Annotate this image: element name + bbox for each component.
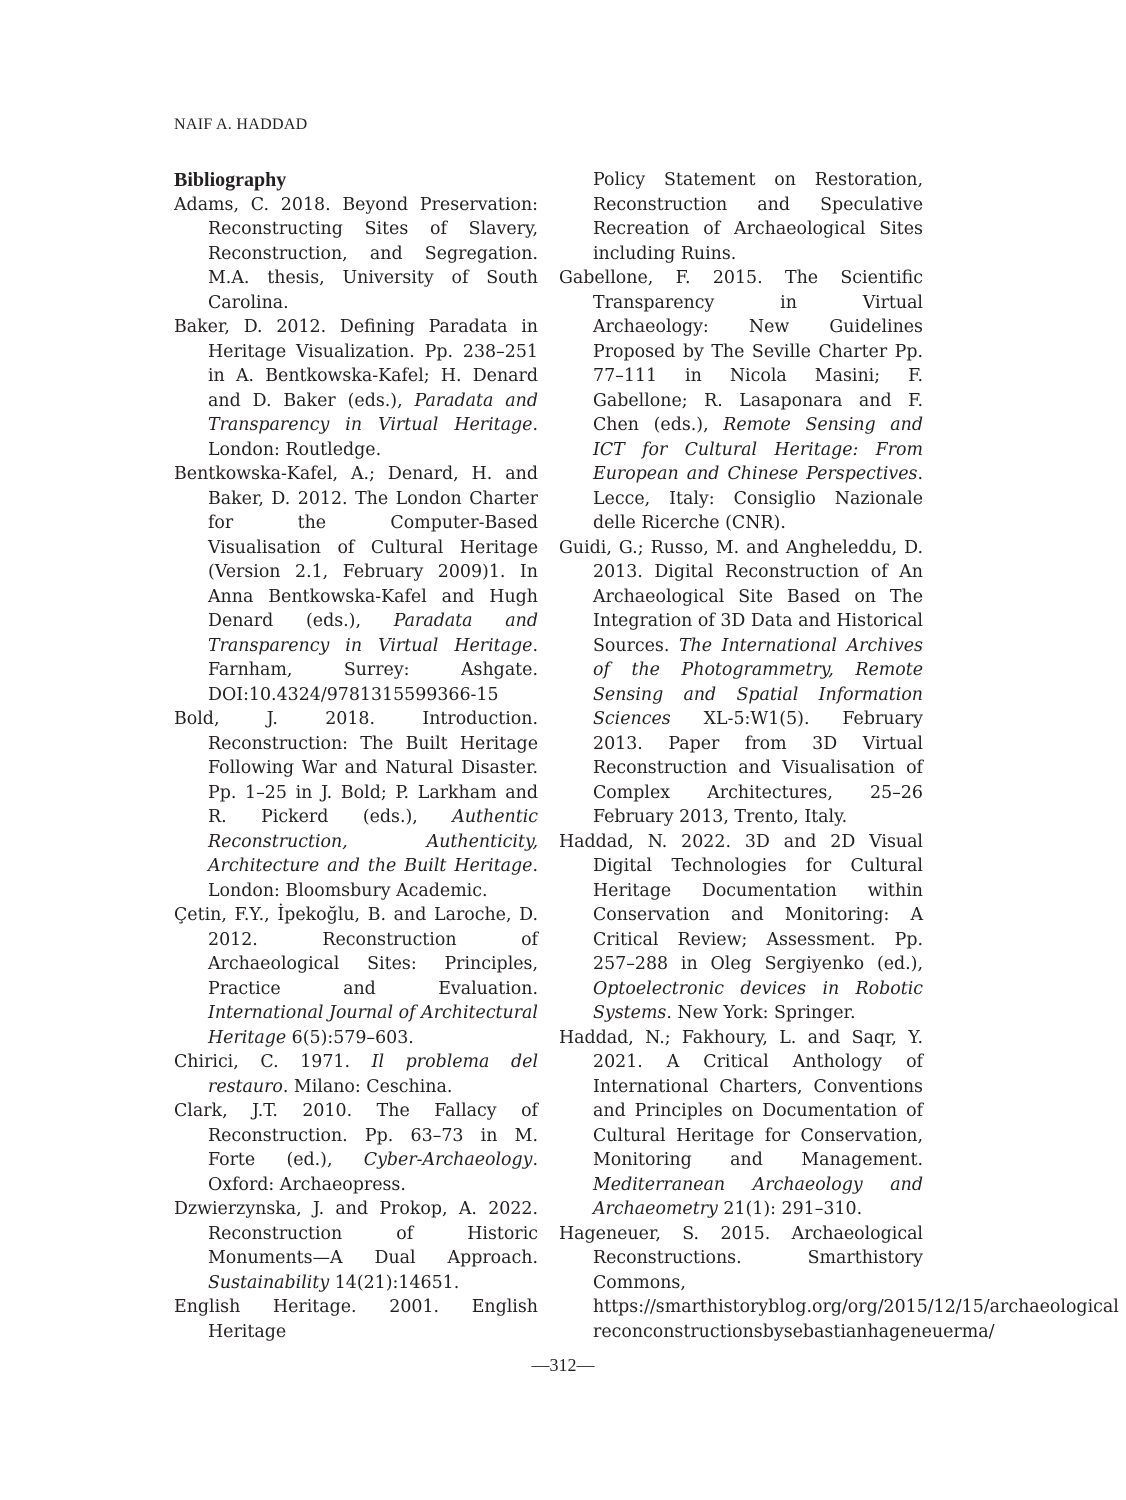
reference-entry: Gabellone, F. 2015. The Scientific Trans… [559, 266, 923, 536]
reference-text: . Milano: Ceschina. [283, 1077, 453, 1097]
reference-text: Dzwierzynska, J. and Prokop, A. 2022. Re… [174, 1199, 538, 1268]
reference-text: Çetin, F.Y., İpekoğlu, B. and Laroche, D… [174, 905, 538, 999]
section-title: Bibliography [174, 168, 538, 193]
reference-text: Policy Statement on Restoration, Reconst… [593, 170, 923, 264]
reference-entry: Haddad, N.; Fakhoury, L. and Saqr, Y. 20… [559, 1026, 923, 1222]
reference-text: Adams, C. 2018. Beyond Preservation: Rec… [174, 195, 538, 313]
reference-text: Haddad, N.; Fakhoury, L. and Saqr, Y. 20… [559, 1028, 923, 1171]
reference-entry: Bentkowska-Kafel, A.; Denard, H. and Bak… [174, 462, 538, 707]
reference-entry: Baker, D. 2012. Defining Paradata in Her… [174, 315, 538, 462]
reference-entry: Haddad, N. 2022. 3D and 2D Visual Digita… [559, 830, 923, 1026]
running-head: NAIF A. HADDAD [174, 116, 308, 134]
right-reference-list: Policy Statement on Restoration, Reconst… [559, 168, 923, 1344]
reference-entry: Adams, C. 2018. Beyond Preservation: Rec… [174, 193, 538, 316]
reference-entry: Policy Statement on Restoration, Reconst… [559, 168, 923, 266]
reference-text: . New York: Springer. [666, 1003, 855, 1023]
reference-text: Haddad, N. 2022. 3D and 2D Visual Digita… [559, 832, 923, 975]
page-number: —312— [0, 1355, 1126, 1376]
reference-text: Hageneuer, S. 2015. Archaeological Recon… [559, 1224, 1119, 1342]
left-reference-list: Adams, C. 2018. Beyond Preservation: Rec… [174, 193, 538, 1345]
reference-title-italic: Cyber-Archaeology [364, 1150, 533, 1170]
left-column: Bibliography Adams, C. 2018. Beyond Pres… [174, 168, 538, 1344]
reference-entry: Clark, J.T. 2010. The Fallacy of Reconst… [174, 1099, 538, 1197]
reference-entry: Bold, J. 2018. Introduction. Reconstruct… [174, 707, 538, 903]
reference-text: Chirici, C. 1971. [174, 1052, 372, 1072]
reference-entry: Hageneuer, S. 2015. Archaeological Recon… [559, 1222, 923, 1345]
reference-text: Bentkowska-Kafel, A.; Denard, H. and Bak… [174, 464, 538, 631]
reference-text: 6(5):579–603. [286, 1028, 414, 1048]
reference-title-italic: Sustainability [208, 1273, 329, 1293]
reference-entry: English Heritage. 2001. English Heritage [174, 1295, 538, 1344]
reference-entry: Chirici, C. 1971. Il problema del restau… [174, 1050, 538, 1099]
page: NAIF A. HADDAD Bibliography Adams, C. 20… [0, 0, 1126, 1500]
reference-text: Gabellone, F. 2015. The Scientific Trans… [559, 268, 923, 435]
reference-text: 21(1): 291–310. [718, 1199, 862, 1219]
reference-text: 14(21):14651. [329, 1273, 459, 1293]
reference-entry: Guidi, G.; Russo, M. and Angheleddu, D. … [559, 536, 923, 830]
reference-entry: Dzwierzynska, J. and Prokop, A. 2022. Re… [174, 1197, 538, 1295]
reference-entry: Çetin, F.Y., İpekoğlu, B. and Laroche, D… [174, 903, 538, 1050]
right-column: Policy Statement on Restoration, Reconst… [559, 168, 923, 1344]
reference-text: English Heritage. 2001. English Heritage [174, 1297, 538, 1342]
